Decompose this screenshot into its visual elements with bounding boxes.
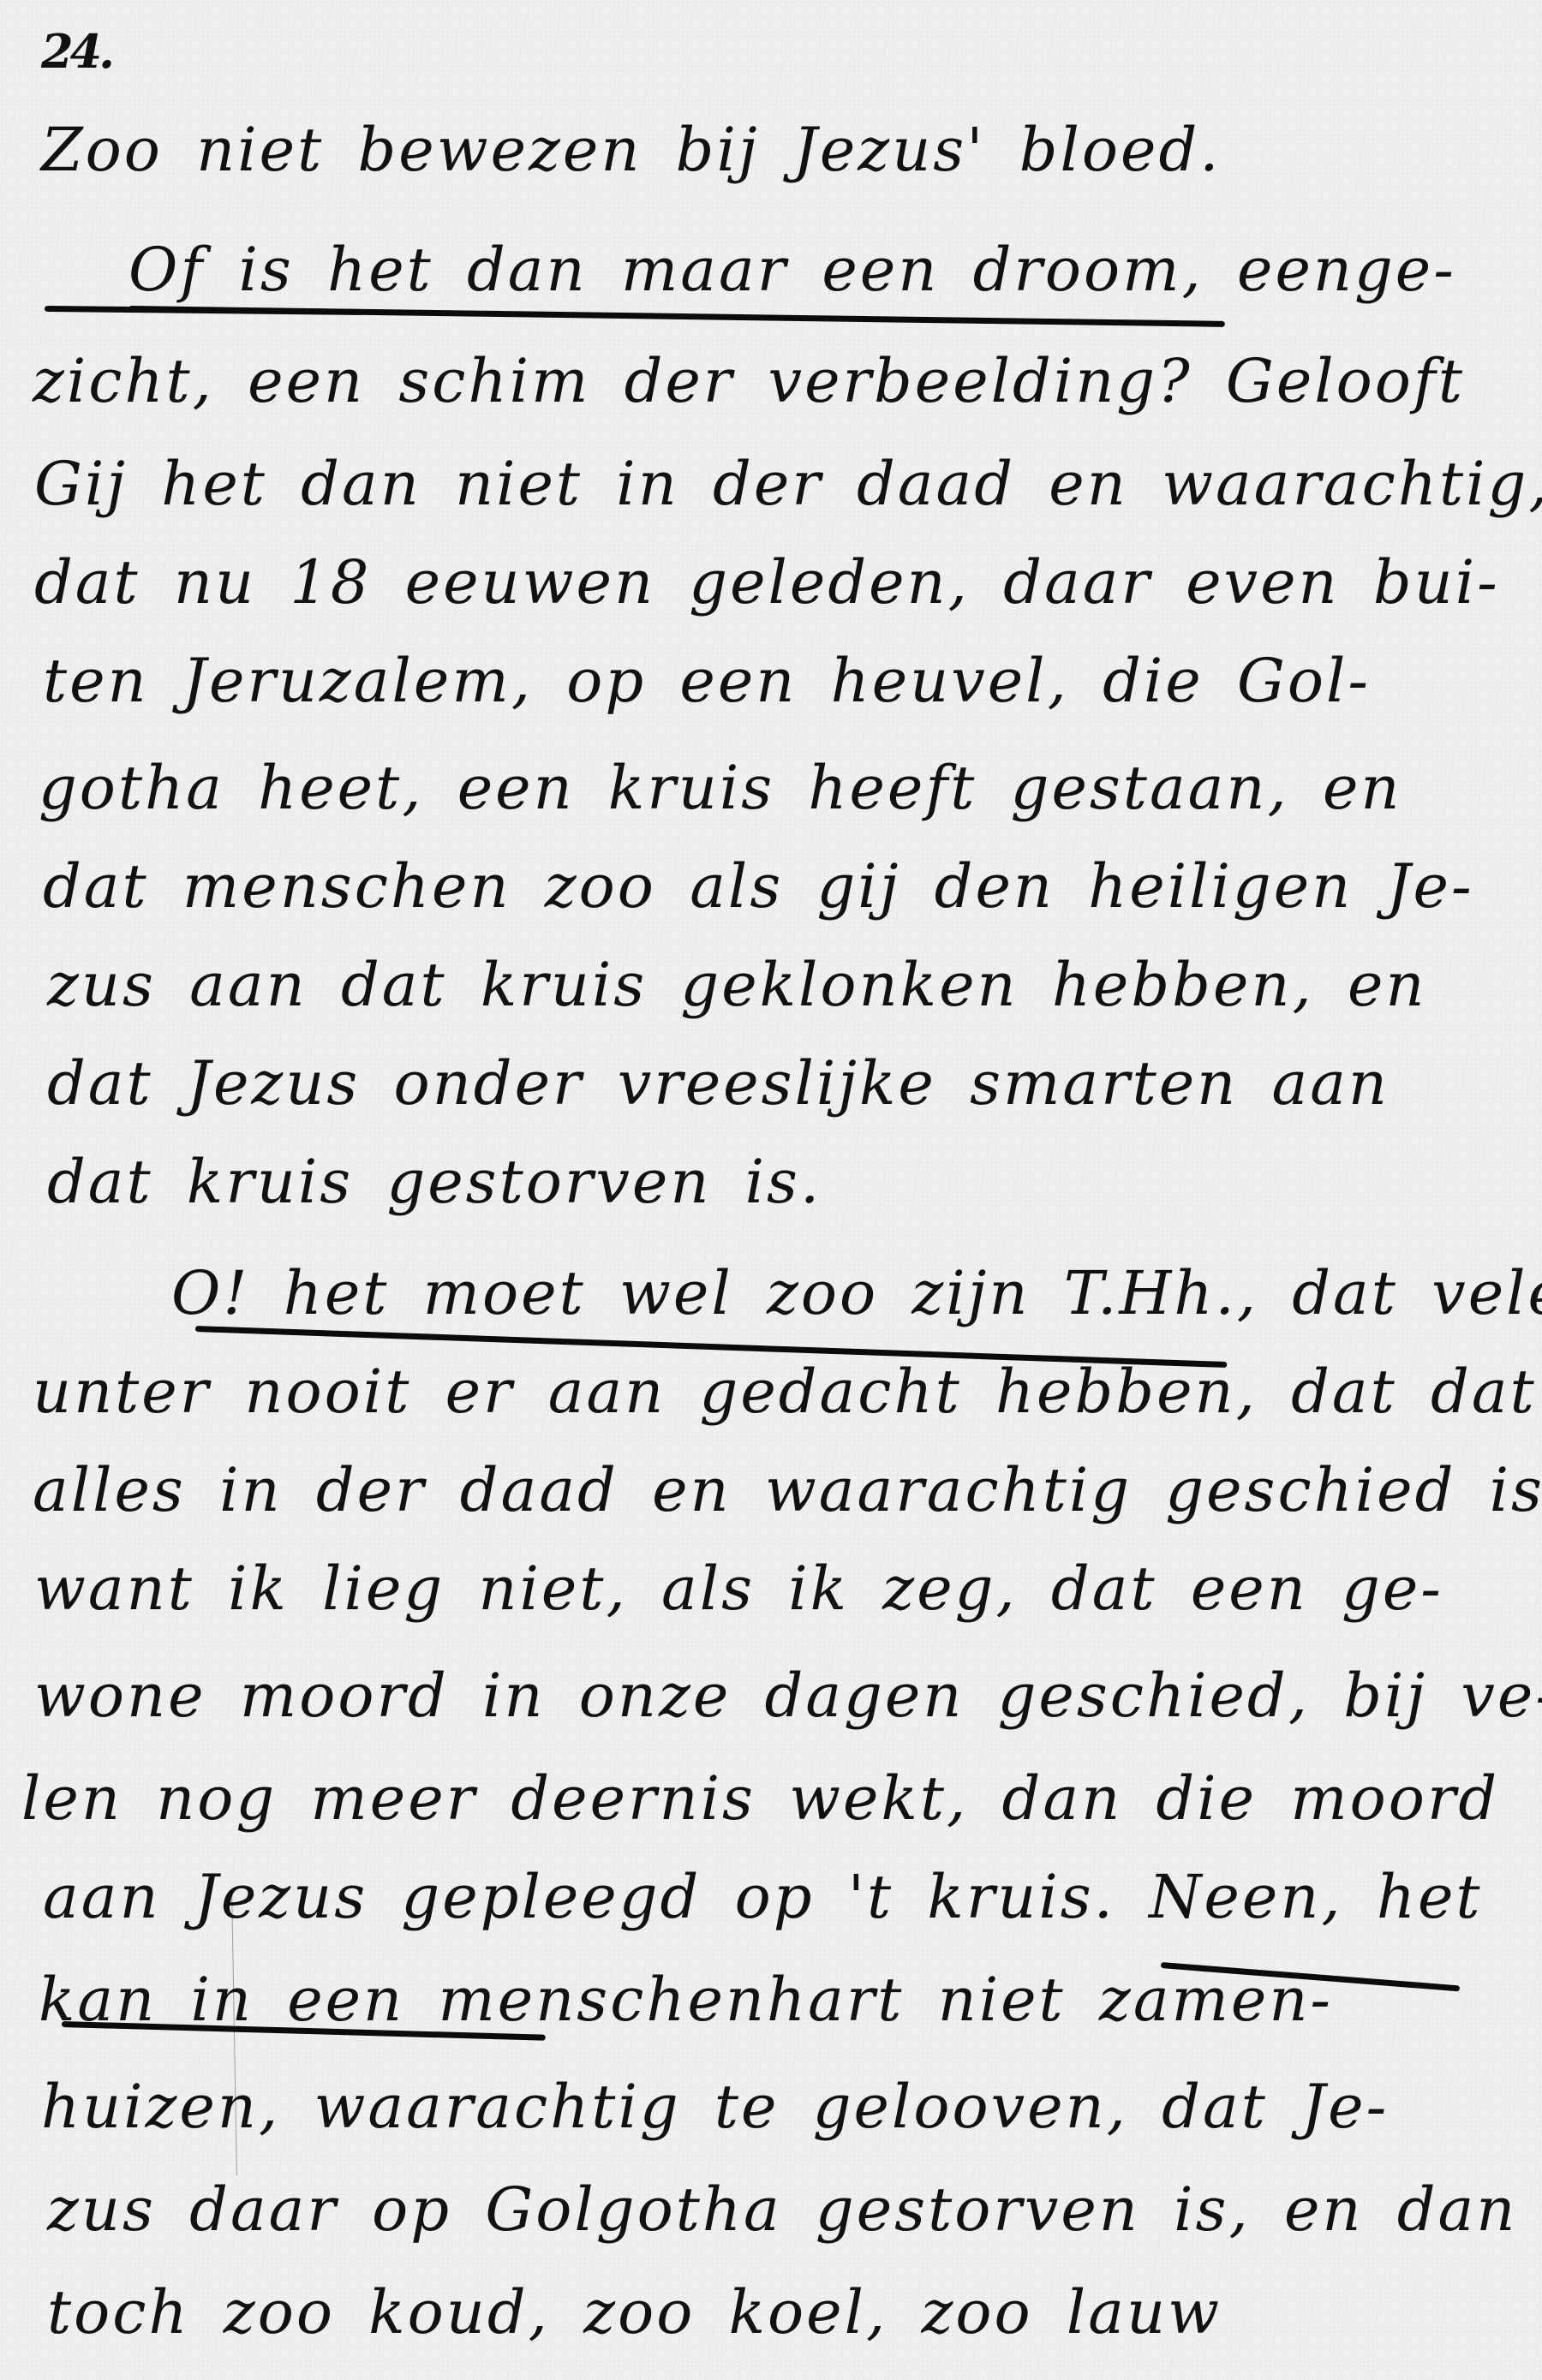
- manuscript-line: ten Jeruzalem, op een heuvel, die Gol-: [43, 651, 1542, 711]
- page-number: 24.: [41, 24, 111, 79]
- manuscript-line: Gij het dan niet in der daad en waaracht…: [34, 454, 1542, 514]
- manuscript-line: alles in der daad en waarachtig geschied…: [33, 1460, 1542, 1520]
- manuscript-line: O! het moet wel zoo zijn T.Hh., dat vele…: [171, 1263, 1542, 1323]
- manuscript-page: 24. Zoo niet bewezen bij Jezus' bloed. O…: [0, 0, 1542, 2380]
- manuscript-line: zus daar op Golgotha gestorven is, en da…: [47, 2180, 1542, 2240]
- manuscript-line: aan Jezus gepleegd op 't kruis. Neen, he…: [43, 1867, 1542, 1927]
- manuscript-line: zus aan dat kruis geklonken hebben, en: [47, 955, 1542, 1015]
- manuscript-line: wone moord in onze dagen geschied, bij v…: [34, 1666, 1542, 1726]
- manuscript-line: dat Jezus onder vreeslijke smarten aan: [47, 1053, 1542, 1113]
- manuscript-line: huizen, waarachtig te gelooven, dat Je-: [41, 2077, 1542, 2137]
- manuscript-line: kan in een menschenhart niet zamen-: [39, 1970, 1542, 2030]
- manuscript-line: toch zoo koud, zoo koel, zoo lauw: [47, 2282, 1542, 2342]
- manuscript-line: dat nu 18 eeuwen geleden, daar even bui-: [34, 552, 1542, 612]
- manuscript-line: unter nooit er aan gedacht hebben, dat d…: [33, 1362, 1542, 1422]
- manuscript-line: gotha heet, een kruis heeft gestaan, en: [39, 758, 1542, 818]
- manuscript-line: want ik lieg niet, als ik zeg, dat een g…: [34, 1559, 1542, 1619]
- manuscript-line: len nog meer deernis wekt, dan die moord: [21, 1769, 1542, 1828]
- manuscript-line: Of is het dan maar een droom, eenge-: [128, 240, 1542, 300]
- manuscript-line: dat menschen zoo als gij den heiligen Je…: [43, 856, 1542, 916]
- manuscript-line: dat kruis gestorven is.: [47, 1152, 1542, 1212]
- manuscript-line: Zoo niet bewezen bij Jezus' bloed.: [41, 120, 1542, 180]
- manuscript-line: zicht, een schim der verbeelding? Geloof…: [33, 351, 1542, 411]
- underline-mark: [128, 306, 1225, 327]
